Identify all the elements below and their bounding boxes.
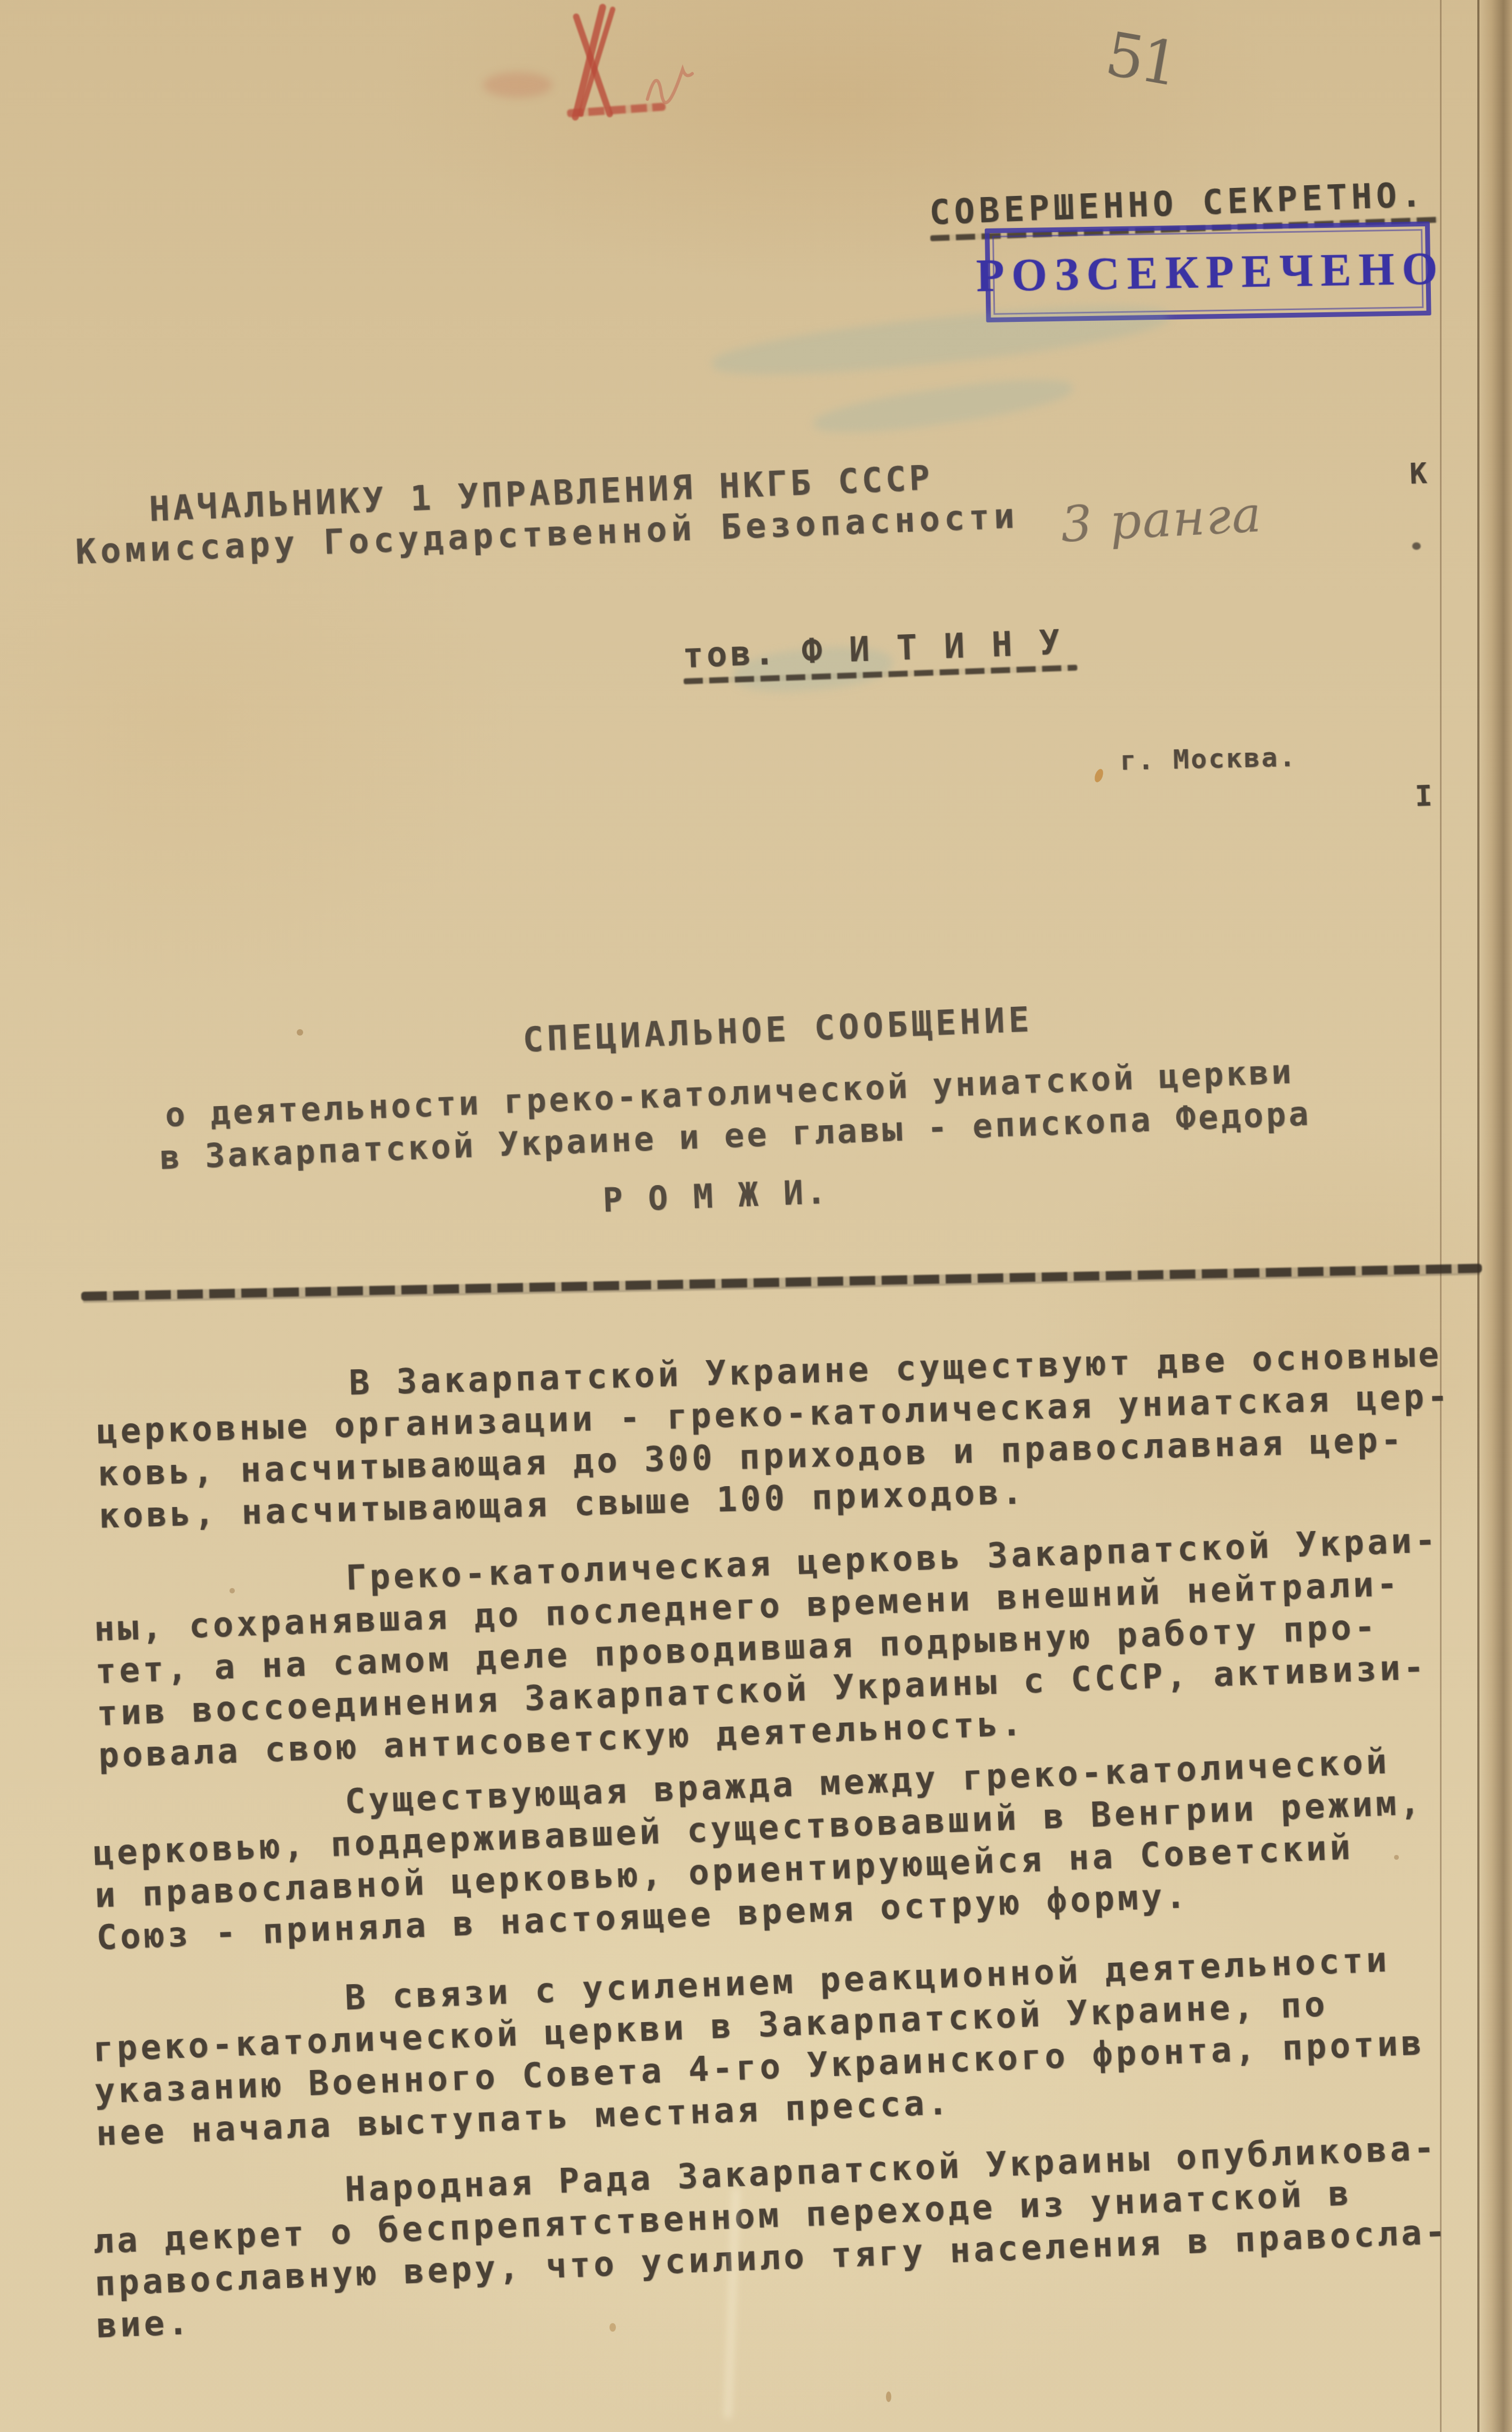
page-number-handwritten: 51 [1101, 19, 1181, 100]
margin-ink-dot [1412, 542, 1421, 550]
city-line: г. Москва. [1120, 741, 1297, 776]
paper-speck [1093, 768, 1105, 783]
red-pencil-smudge [483, 72, 552, 98]
page-edge-line [1477, 0, 1479, 2432]
body-paragraph: Существующая вражда между греко-католиче… [91, 1740, 1427, 1959]
body-paragraph: В связи с усилением реакционной деятельн… [91, 1938, 1427, 2155]
margin-stray-character: К [1409, 456, 1428, 491]
title-subtitle-line: Р О М Ж И. [602, 1172, 829, 1220]
margin-stray-character: I [1414, 779, 1433, 813]
body-paragraph: Греко-католическая церковь Закарпатской … [92, 1520, 1445, 1778]
addressee-line: тов. Ф И Т И Н У [682, 622, 1078, 684]
paper-speck [229, 1588, 235, 1593]
paper-speck [886, 2391, 891, 2402]
document-title: СПЕЦИАЛЬНОЕ СООБЩЕНИЕ [522, 1000, 1033, 1060]
paper-speck [609, 2323, 616, 2332]
body-paragraph: В Закарпатской Украине существуют две ос… [95, 1334, 1454, 1538]
page-edge-strip [1478, 0, 1512, 2432]
paper-speck [1394, 1855, 1399, 1860]
stamp-inner-border: РОЗСЕКРЕЧЕНО [992, 229, 1423, 315]
red-pencil-squiggle [643, 58, 702, 116]
handwritten-x-mark [552, 5, 638, 117]
handwritten-rank: 3 ранга [1059, 486, 1264, 554]
bleedthrough-smudge [710, 294, 1171, 386]
bleedthrough-smudge [811, 370, 1075, 442]
page-edge-line [1440, 0, 1442, 2432]
paper-speck [297, 1029, 303, 1036]
body-paragraph: Народная Рада Закарпатской Украины опубл… [91, 2127, 1451, 2348]
scanned-document-page: 51 СОВЕРШЕННО СЕКРЕТНО. РОЗСЕКРЕЧЕНО НАЧ… [0, 0, 1512, 2432]
stamp-text: РОЗСЕКРЕЧЕНО [970, 241, 1445, 302]
dashed-separator-rule [81, 1264, 1482, 1301]
